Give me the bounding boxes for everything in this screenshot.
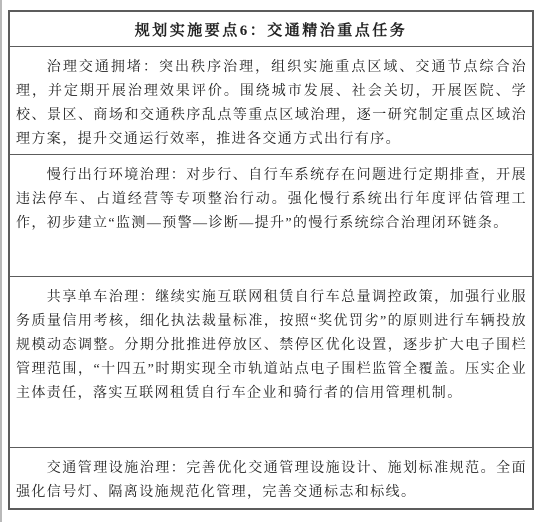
table-row-slow-travel-governance: 慢行出行环境治理：对步行、自行车系统存在问题进行定期排查，开展违法停车、占道经营… — [10, 154, 532, 276]
paragraph-text: 慢行出行环境治理：对步行、自行车系统存在问题进行定期排查，开展违法停车、占道经营… — [16, 164, 527, 236]
table-row-shared-bicycle-governance: 共享单车治理：继续实施互联网租赁自行车总量调控政策，加强行业服务质量信用考核，细… — [10, 276, 532, 447]
table-row-traffic-facilities-governance: 交通管理设施治理：完善优化交通管理设施设计、施划标准规范。全面强化信号灯、隔离设… — [10, 447, 532, 508]
table-title-row: 规划实施要点6：交通精治重点任务 — [10, 12, 532, 46]
paragraph-text: 共享单车治理：继续实施互联网租赁自行车总量调控政策，加强行业服务质量信用考核，细… — [16, 286, 527, 406]
paragraph-text: 交通管理设施治理：完善优化交通管理设施设计、施划标准规范。全面强化信号灯、隔离设… — [16, 457, 527, 505]
scan-edge-artifact — [0, 0, 2, 522]
table-row-congestion-governance: 治理交通拥堵：突出秩序治理，组织实施重点区域、交通节点综合治理，并定期开展治理效… — [10, 46, 532, 154]
key-tasks-table: 规划实施要点6：交通精治重点任务 治理交通拥堵：突出秩序治理，组织实施重点区域、… — [8, 10, 534, 510]
paragraph-text: 治理交通拥堵：突出秩序治理，组织实施重点区域、交通节点综合治理，并定期开展治理效… — [16, 56, 527, 152]
table-title: 规划实施要点6：交通精治重点任务 — [135, 19, 408, 40]
document-page: 规划实施要点6：交通精治重点任务 治理交通拥堵：突出秩序治理，组织实施重点区域、… — [0, 0, 551, 522]
